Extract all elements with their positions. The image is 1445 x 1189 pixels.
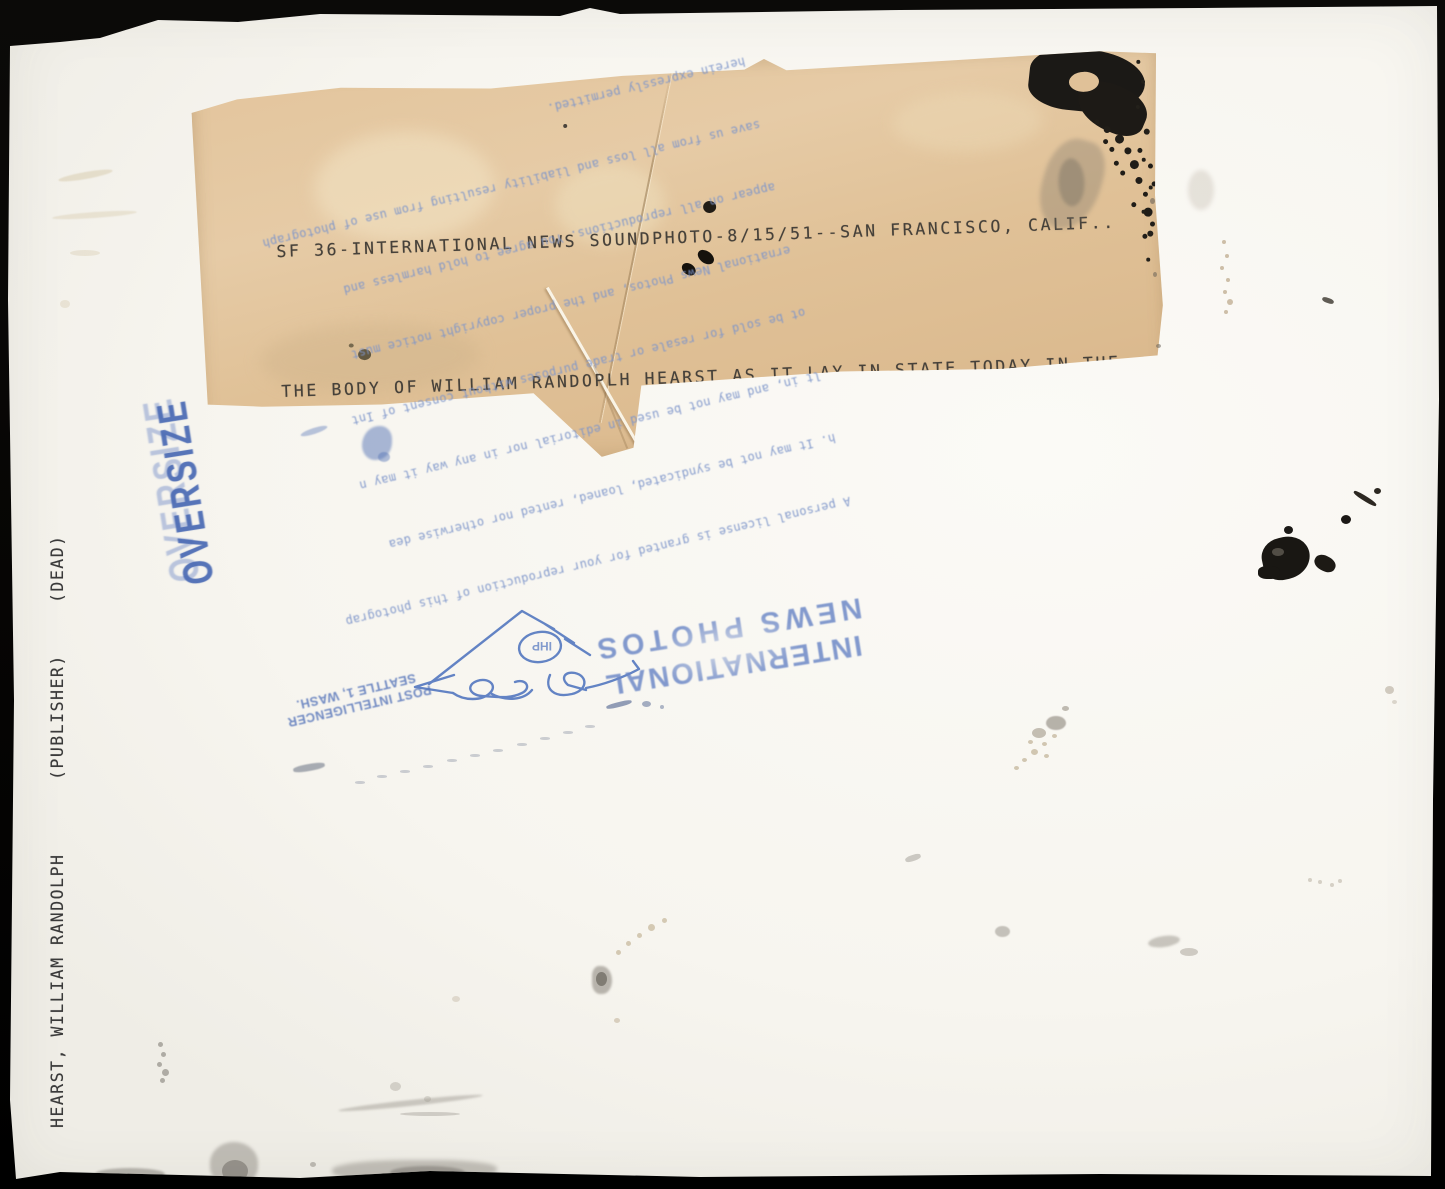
scan-background: SF 36-INTERNATIONAL NEWS SOUNDPHOTO-8/15…: [0, 0, 1445, 1189]
license-line: h. It may not be syndicated, loaned, ren…: [288, 427, 838, 579]
ink-edge-speck: [1150, 198, 1155, 204]
oversize-stamp: OVERSIZE: [147, 386, 233, 587]
stain-gray-dash: [904, 853, 921, 864]
ink-dot: [1374, 488, 1381, 494]
stain-dark-dash: [293, 761, 326, 773]
stain-tan-dash: [52, 209, 137, 221]
stain-bottom-mound: [222, 1160, 248, 1182]
ink-dot: [1284, 526, 1293, 534]
stain-tan-dot: [614, 1018, 620, 1023]
stain-speck-cluster: [158, 1042, 163, 1047]
ink-blob: [1312, 552, 1338, 576]
license-line: lt in, and may not be used in editorial …: [273, 364, 823, 516]
archive-label-status: (DEAD): [48, 534, 67, 603]
stain-bottom-bumps: [95, 1168, 165, 1180]
ink-dot: [1341, 515, 1351, 524]
monogram-text: IHP: [532, 639, 552, 653]
archive-label-name: HEARST, WILLIAM RANDOLPH: [48, 854, 67, 1128]
license-line: herein expressly permitted.: [198, 50, 748, 202]
stain-tan-dot: [60, 300, 70, 308]
stain-tan-trail: [616, 950, 621, 955]
caption-line: AT THE BIER-----------CALL-BULLETIN PHOT…: [300, 896, 1166, 973]
stain-tan-dash: [70, 250, 100, 256]
stain-gray-smudge: [1188, 170, 1214, 210]
stain-gray-blob: [596, 972, 607, 986]
stain-gray-blob: [1046, 716, 1066, 730]
ink-blob: [1258, 566, 1280, 579]
license-line: save us from all loss and liability resu…: [213, 113, 763, 265]
stain-tan-trail: [1014, 766, 1019, 770]
stain-dash-row: [355, 781, 365, 784]
ink-edge-speck: [1156, 344, 1161, 348]
ink-speckles: [1136, 60, 1140, 64]
license-line: ernational News Photos, and the proper c…: [243, 239, 793, 391]
scribble-loop-right: [548, 673, 586, 695]
stain-gray-dot: [390, 1082, 401, 1091]
stain-tan-dot: [1392, 700, 1397, 704]
stain-gray-dot: [424, 1096, 431, 1102]
photo-back-paper: SF 36-INTERNATIONAL NEWS SOUNDPHOTO-8/15…: [0, 0, 1445, 1189]
stain-tan-dot: [1385, 686, 1394, 694]
caption-line: WARS, AND SAN FRANCISCO POLICE AND FIREM…: [295, 757, 1161, 834]
ink-dash: [1322, 296, 1335, 305]
stain-thin-streak: [338, 1092, 483, 1113]
stain-tan-dash: [58, 167, 113, 183]
ink-edge-speck: [1153, 272, 1157, 277]
stain-gray-dot: [1062, 706, 1069, 711]
stain-faint-specks: [1308, 878, 1312, 882]
stain-dark-dot: [660, 705, 664, 709]
license-line: appear on all reproductions. You agree t…: [228, 176, 778, 328]
archive-label: HEARST, WILLIAM RANDOLPH (PUBLISHER) (DE…: [48, 536, 88, 1128]
stain-bottom-smudge: [390, 1166, 465, 1179]
license-line: ot be sold for resale or trade purposes …: [258, 301, 808, 453]
stain-gray-dot: [310, 1162, 316, 1167]
stain-thin-streak: [400, 1112, 460, 1116]
scribble-loops-left: [453, 680, 527, 699]
stain-gray-streak: [1180, 948, 1198, 956]
stain-tan-dot: [452, 996, 460, 1002]
stain-tan-trail: [1222, 240, 1226, 244]
stain-gray-blob: [995, 926, 1010, 937]
stain-gray-blob: [1032, 728, 1046, 738]
ink-blob-highlight: [1272, 548, 1284, 556]
stain-dark-dash: [642, 701, 651, 707]
archive-label-role: (PUBLISHER): [48, 654, 67, 780]
stain-gray-streak: [1147, 934, 1180, 949]
